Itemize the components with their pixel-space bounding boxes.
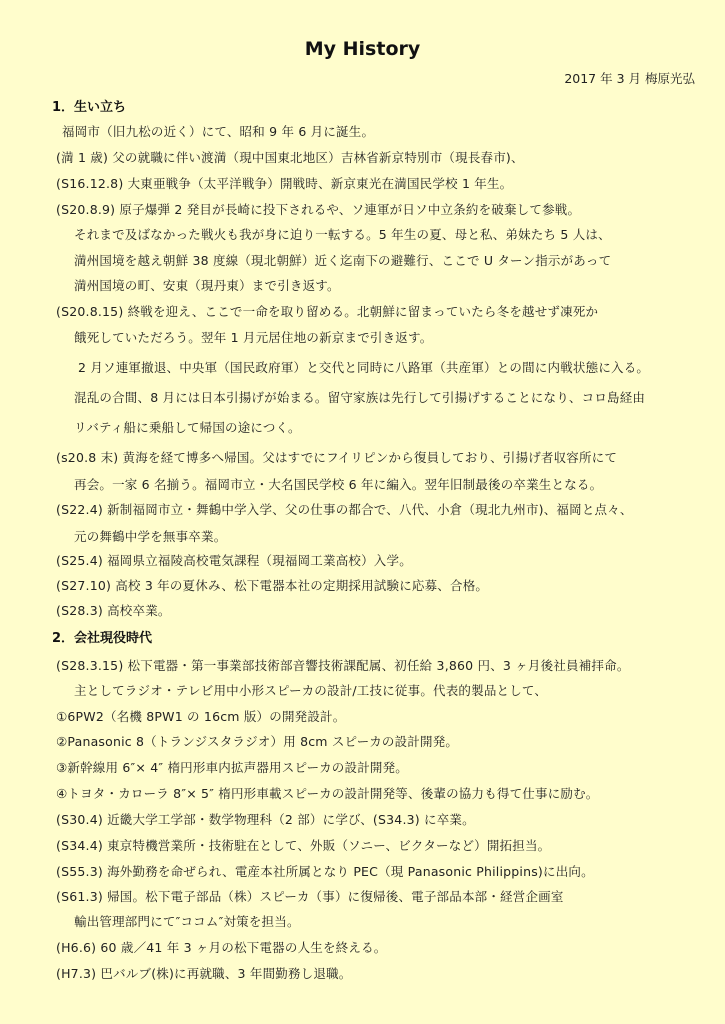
history-line: (S20.8.15) 終戦を迎え、ここで一命を取り留める。北朝鮮に留まっていたら… bbox=[56, 302, 598, 320]
history-line: (S22.4) 新制福岡市立・舞鶴中学入学、父の仕事の都合で、八代、小倉（現北九… bbox=[56, 500, 633, 518]
history-line: ④トヨタ・カローラ 8″× 5″ 楕円形車載スピーカの設計開発等、後輩の協力も得… bbox=[56, 784, 599, 802]
history-line: (S28.3) 高校卒業。 bbox=[56, 601, 171, 619]
byline-date-author: 2017 年 3 月 梅原光弘 bbox=[564, 69, 695, 87]
history-line: それまで及ばなかった戦火も我が身に迫り一転する。5 年生の夏、母と私、弟妹たち … bbox=[74, 225, 611, 243]
history-line: (S25.4) 福岡県立福陵高校電気課程（現福岡工業高校）入学。 bbox=[56, 551, 412, 569]
section-heading: 1．生い立ち bbox=[52, 96, 126, 115]
history-line: 福岡市（旧九松の近く）にて、昭和 9 年 6 月に誕生。 bbox=[62, 122, 374, 140]
history-line: (S27.10) 高校 3 年の夏休み、松下電器本社の定期採用試験に応募、合格。 bbox=[56, 576, 488, 594]
history-line: ②Panasonic 8（トランジスタラジオ）用 8cm スピーカの設計開発。 bbox=[56, 732, 458, 750]
history-line: (S28.3.15) 松下電器・第一事業部技術部音響技術課配属、初任給 3,86… bbox=[56, 656, 630, 674]
history-line: リバティ船に乗船して帰国の途につく。 bbox=[74, 418, 301, 436]
history-line: 満州国境の町、安東（現丹東）まで引き返す。 bbox=[74, 276, 340, 294]
section-heading: 2．会社現役時代 bbox=[52, 627, 152, 646]
history-line: 混乱の合間、8 月には日本引揚げが始まる。留守家族は先行して引揚げすることになり… bbox=[74, 388, 645, 406]
history-line: ③新幹線用 6″× 4″ 楕円形車内拡声器用スピーカの設計開発。 bbox=[56, 758, 408, 776]
page-title: My History bbox=[0, 38, 725, 60]
history-line: (満 1 歳) 父の就職に伴い渡満（現中国東北地区）吉林省新京特別市（現長春市)… bbox=[56, 148, 524, 166]
history-line: 満州国境を越え朝鮮 38 度線（現北朝鮮）近く迄南下の避難行、ここで U ターン… bbox=[74, 251, 611, 269]
history-line: 餓死していただろう。翌年 1 月元居住地の新京まで引き返す。 bbox=[74, 328, 432, 346]
history-line: (S30.4) 近畿大学工学部・数学物理科（2 部）に学び、(S34.3) に卒… bbox=[56, 810, 475, 828]
history-line: (H7.3) 巴バルブ(株)に再就職、3 年間勤務し退職。 bbox=[56, 964, 352, 982]
history-line: 2 月ソ連軍撤退、中央軍（国民政府軍）と交代と同時に八路軍（共産軍）との間に内戦… bbox=[78, 358, 649, 376]
history-line: (S61.3) 帰国。松下電子部品（株）スピーカ（事）に復帰後、電子部品本部・経… bbox=[56, 887, 564, 905]
history-line: (S20.8.9) 原子爆弾 2 発目が長崎に投下されるや、ソ連軍が日ソ中立条約… bbox=[56, 200, 580, 218]
history-line: (s20.8 末) 黄海を経て博多へ帰国。父はすでにフイリピンから復員しており、… bbox=[56, 448, 617, 466]
history-line: (S34.4) 東京特機営業所・技術駐在として、外販（ソニー、ビクターなど）開拓… bbox=[56, 836, 550, 854]
history-line: 再会。一家 6 名揃う。福岡市立・大名国民学校 6 年に編入。翌年旧制最後の卒業… bbox=[74, 475, 602, 493]
history-line: (H6.6) 60 歳／41 年 3 ヶ月の松下電器の人生を終える。 bbox=[56, 938, 386, 956]
history-line: ①6PW2（名機 8PW1 の 16cm 版）の開発設計。 bbox=[56, 707, 345, 725]
history-line: (S16.12.8) 大東亜戦争（太平洋戦争）開戦時、新京東光在満国民学校 1 … bbox=[56, 174, 512, 192]
history-line: 元の舞鶴中学を無事卒業。 bbox=[74, 527, 226, 545]
history-line: 輸出管理部門にて″ココム″対策を担当。 bbox=[74, 912, 300, 930]
history-line: (S55.3) 海外勤務を命ぜられ、電産本社所属となり PEC（現 Panaso… bbox=[56, 862, 594, 880]
history-line: 主としてラジオ・テレビ用中小形スピーカの設計/工技に従事。代表的製品として、 bbox=[74, 681, 547, 699]
